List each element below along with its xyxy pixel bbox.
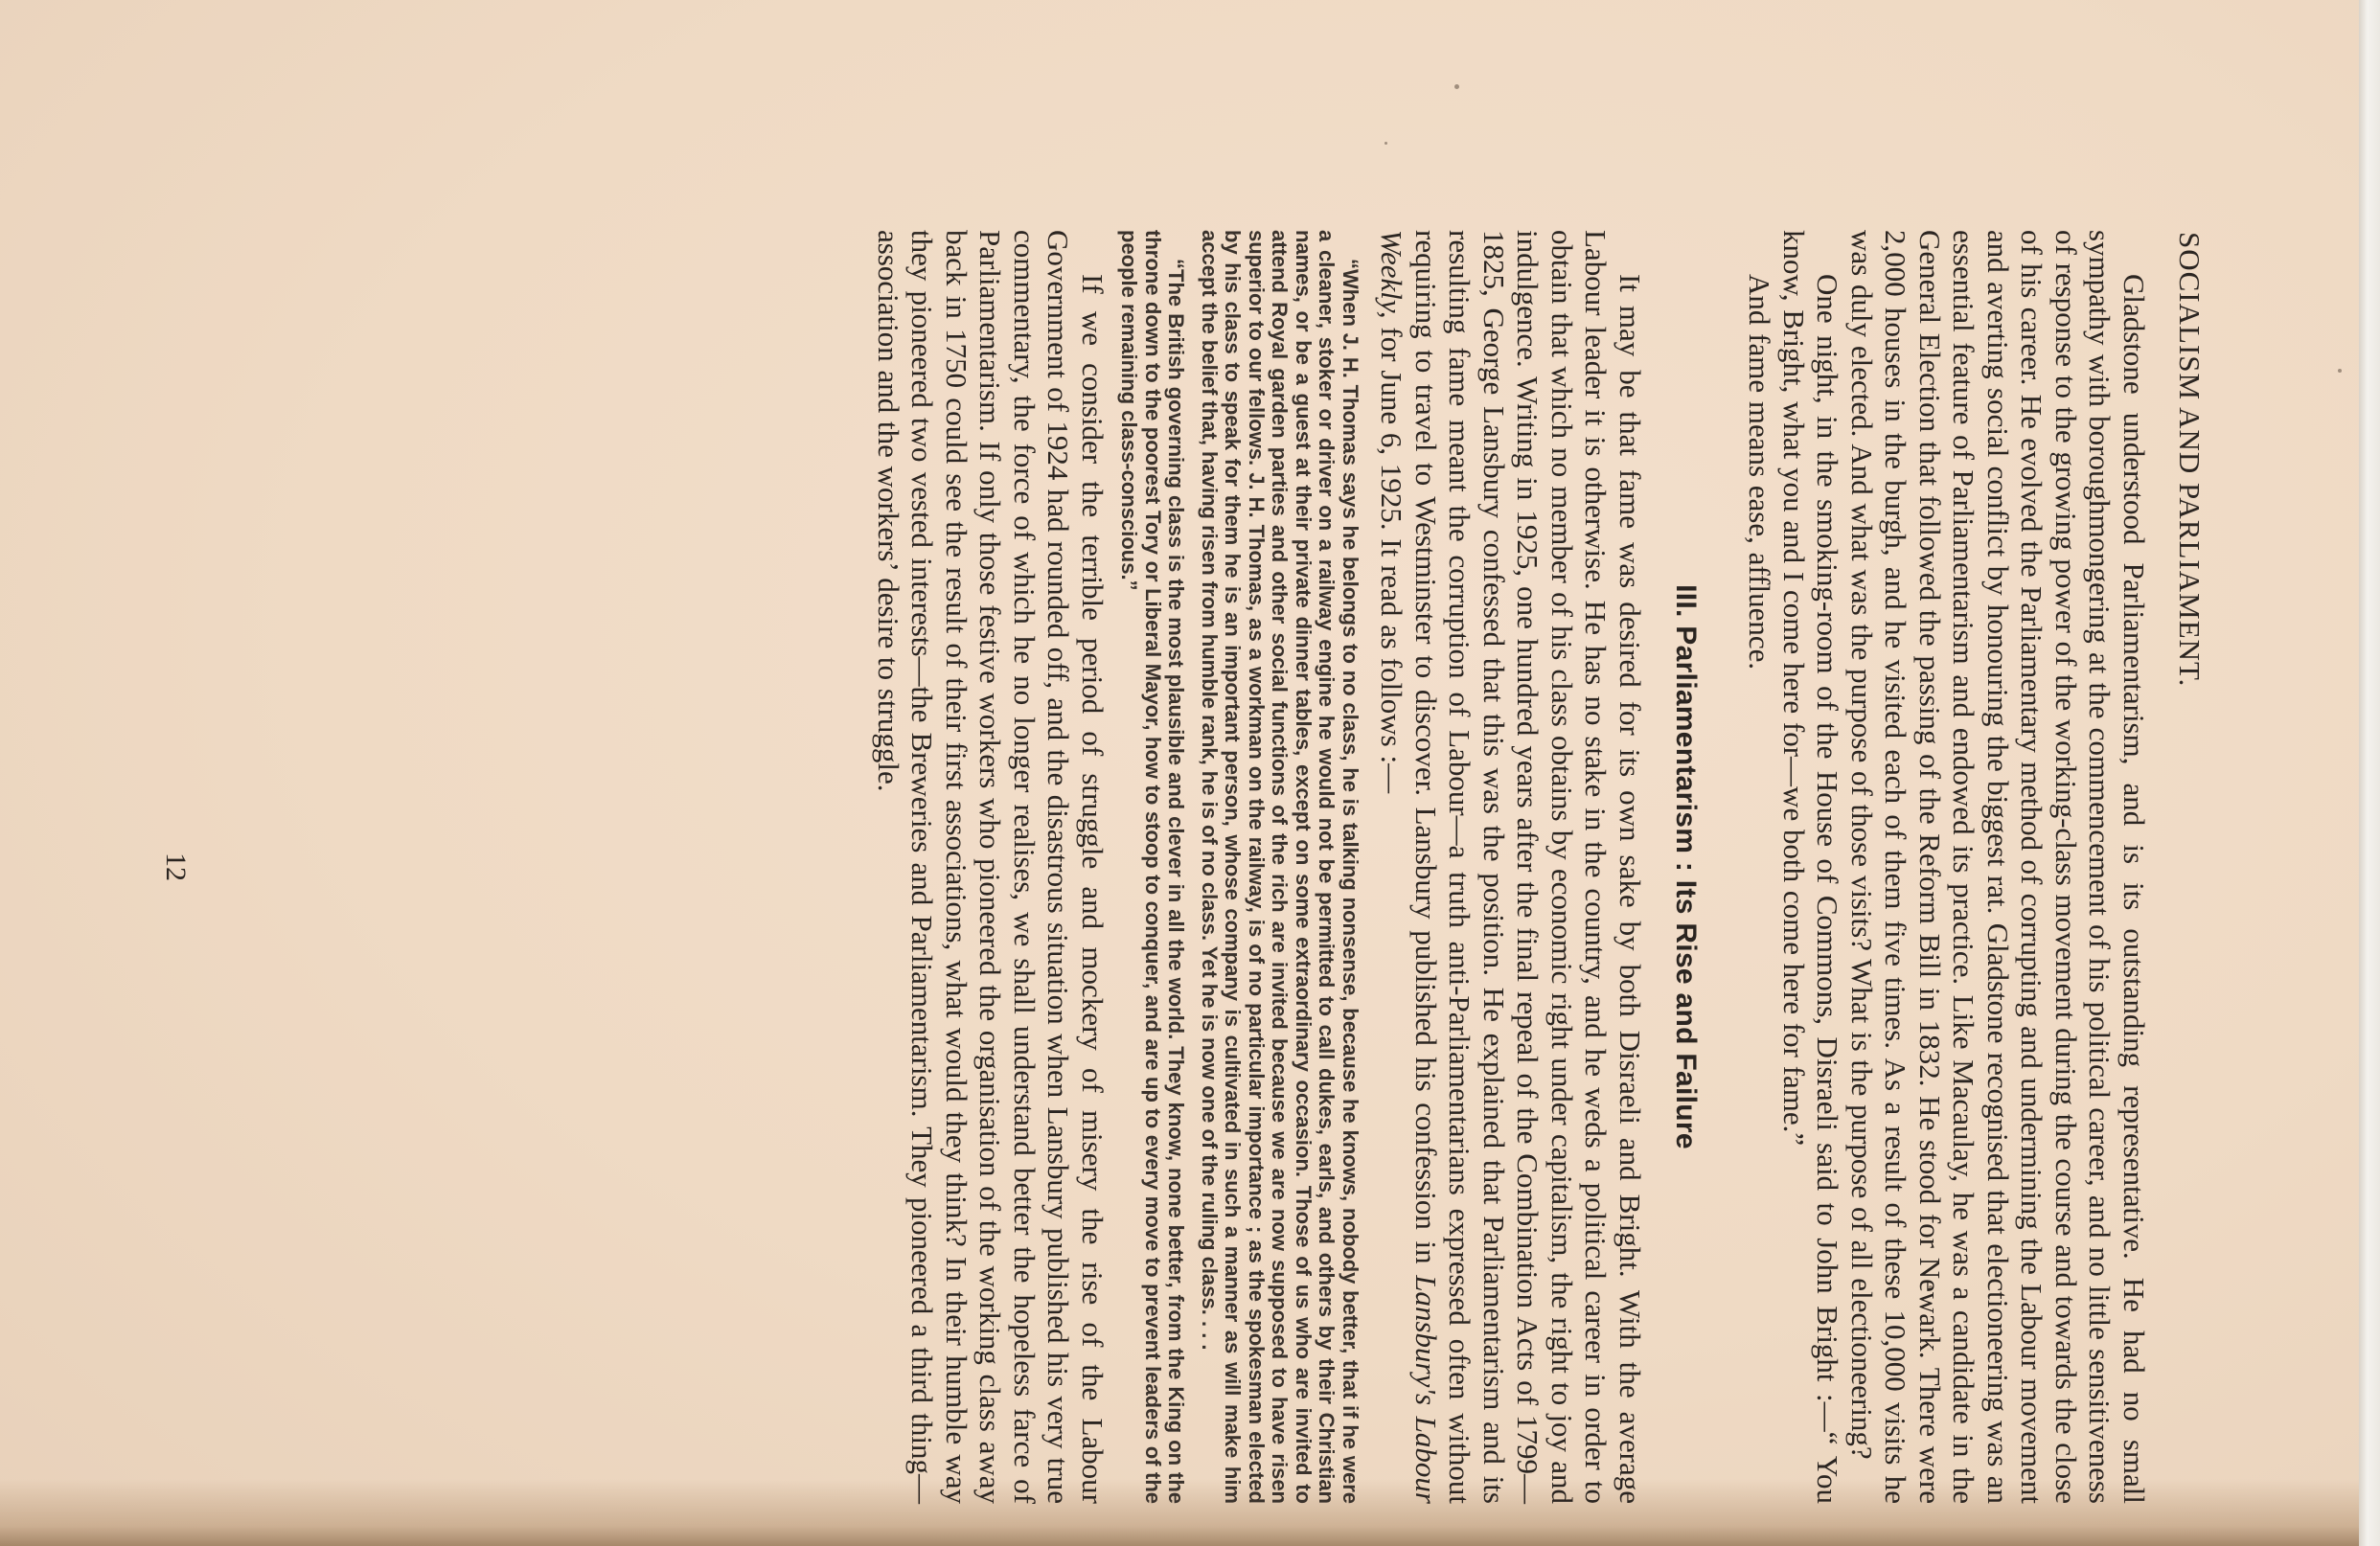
page-number: 12 <box>159 230 192 1504</box>
scanned-page: SOCIALISM AND PARLIAMENT. Gladstone unde… <box>0 0 2380 1546</box>
paragraph-fame-means: And fame means ease, affluence. <box>1743 230 1777 1504</box>
paper-speck <box>1385 142 1387 145</box>
paragraph-fame-desired: It may be that fame was desired for its … <box>1375 230 1647 1504</box>
paper-speck <box>2338 369 2342 373</box>
section-heading: III. Parliamentarism : Its Rise and Fail… <box>1668 230 1703 1504</box>
paragraph-disraeli-bright: One night, in the smoking-room of the Ho… <box>1777 230 1845 1504</box>
paper-speck <box>1454 84 1459 89</box>
paragraph-terrible-period: If we consider the terrible period of st… <box>872 230 1110 1504</box>
running-head: SOCIALISM AND PARLIAMENT. <box>2170 230 2208 1504</box>
paragraph-gladstone: Gladstone understood Parliamentarism, an… <box>1845 230 2152 1504</box>
quote-governing-class: “The British governing class is the most… <box>1117 230 1188 1504</box>
paragraph-text: It may be that fame was desired for its … <box>1409 230 1647 1504</box>
book-page: SOCIALISM AND PARLIAMENT. Gladstone unde… <box>139 230 2208 1504</box>
paragraph-text: for June 6, 1925. It read as follows :— <box>1376 319 1409 793</box>
quote-thomas: “When J. H. Thomas says he belongs to no… <box>1198 230 1362 1504</box>
page-edge <box>2359 0 2380 1546</box>
